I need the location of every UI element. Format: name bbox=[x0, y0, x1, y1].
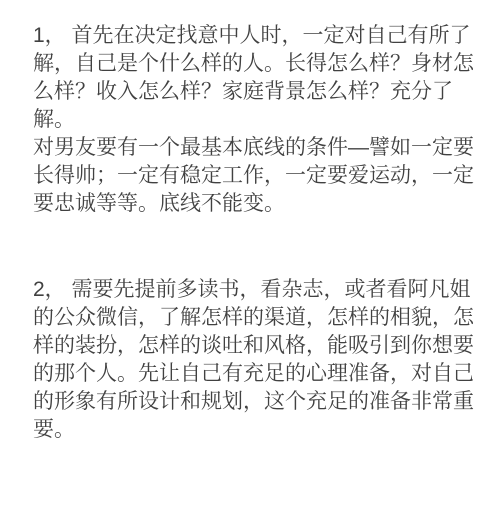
paragraph-1: 1， 首先在决定找意中人时，一定对自己有所了 解，自己是个什么样的人。长得怎么样… bbox=[33, 22, 490, 218]
page: 1， 首先在决定找意中人时，一定对自己有所了 解，自己是个什么样的人。长得怎么样… bbox=[0, 0, 500, 510]
paragraph-2: 2， 需要先提前多读书，看杂志，或者看阿凡姐 的公众微信，了解怎样的渠道，怎样的… bbox=[33, 276, 490, 444]
article-text: 1， 首先在决定找意中人时，一定对自己有所了 解，自己是个什么样的人。长得怎么样… bbox=[0, 0, 500, 444]
